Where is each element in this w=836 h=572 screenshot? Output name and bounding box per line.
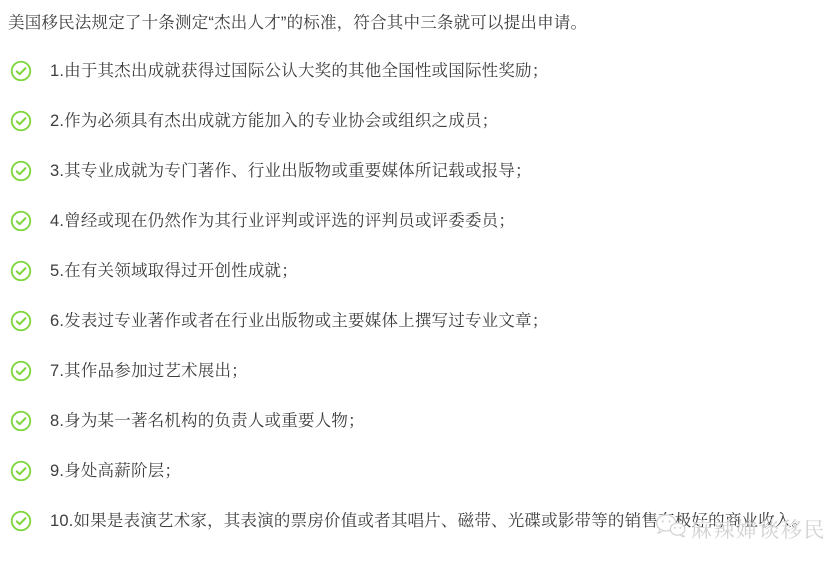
criteria-item-text: 10.如果是表演艺术家，其表演的票房价值或者其唱片、磁带、光碟或影带等的销售有极… — [50, 510, 808, 533]
check-circle-icon — [10, 110, 32, 132]
check-circle-icon — [10, 460, 32, 482]
check-circle-icon — [10, 160, 32, 182]
criteria-item-text: 8.身为某一著名机构的负责人或重要人物； — [50, 410, 365, 433]
criteria-item-text: 3.其专业成就为专门著作、行业出版物或重要媒体所记载或报导； — [50, 160, 532, 183]
criteria-item: 8.身为某一著名机构的负责人或重要人物； — [8, 410, 828, 433]
criteria-item: 4.曾经或现在仍然作为其行业评判或评选的评判员或评委委员； — [8, 210, 828, 233]
check-circle-icon — [10, 510, 32, 532]
criteria-item-text: 6.发表过专业著作或者在行业出版物或主要媒体上撰写过专业文章； — [50, 310, 548, 333]
criteria-item: 1.由于其杰出成就获得过国际公认大奖的其他全国性或国际性奖励； — [8, 60, 828, 83]
criteria-item-text: 4.曾经或现在仍然作为其行业评判或评选的评判员或评委委员； — [50, 210, 515, 233]
intro-text: 美国移民法规定了十条测定“杰出人才”的标准，符合其中三条就可以提出申请。 — [8, 12, 828, 34]
criteria-list: 1.由于其杰出成就获得过国际公认大奖的其他全国性或国际性奖励； 2.作为必须具有… — [8, 60, 828, 533]
check-circle-icon — [10, 360, 32, 382]
criteria-item: 9.身处高薪阶层； — [8, 460, 828, 483]
criteria-item-text: 1.由于其杰出成就获得过国际公认大奖的其他全国性或国际性奖励； — [50, 60, 548, 83]
check-circle-icon — [10, 410, 32, 432]
criteria-item: 2.作为必须具有杰出成就方能加入的专业协会或组织之成员； — [8, 110, 828, 133]
check-circle-icon — [10, 310, 32, 332]
criteria-item-text: 9.身处高薪阶层； — [50, 460, 181, 483]
check-circle-icon — [10, 60, 32, 82]
criteria-item: 10.如果是表演艺术家，其表演的票房价值或者其唱片、磁带、光碟或影带等的销售有极… — [8, 510, 828, 533]
check-circle-icon — [10, 210, 32, 232]
criteria-item-text: 7.其作品参加过艺术展出； — [50, 360, 248, 383]
criteria-item: 7.其作品参加过艺术展出； — [8, 360, 828, 383]
criteria-item: 5.在有关领域取得过开创性成就； — [8, 260, 828, 283]
criteria-item-text: 2.作为必须具有杰出成就方能加入的专业协会或组织之成员； — [50, 110, 498, 133]
check-circle-icon — [10, 260, 32, 282]
criteria-item-text: 5.在有关领域取得过开创性成就； — [50, 260, 298, 283]
article-page: 美国移民法规定了十条测定“杰出人才”的标准，符合其中三条就可以提出申请。 1.由… — [0, 0, 836, 560]
criteria-item: 3.其专业成就为专门著作、行业出版物或重要媒体所记载或报导； — [8, 160, 828, 183]
criteria-item: 6.发表过专业著作或者在行业出版物或主要媒体上撰写过专业文章； — [8, 310, 828, 333]
